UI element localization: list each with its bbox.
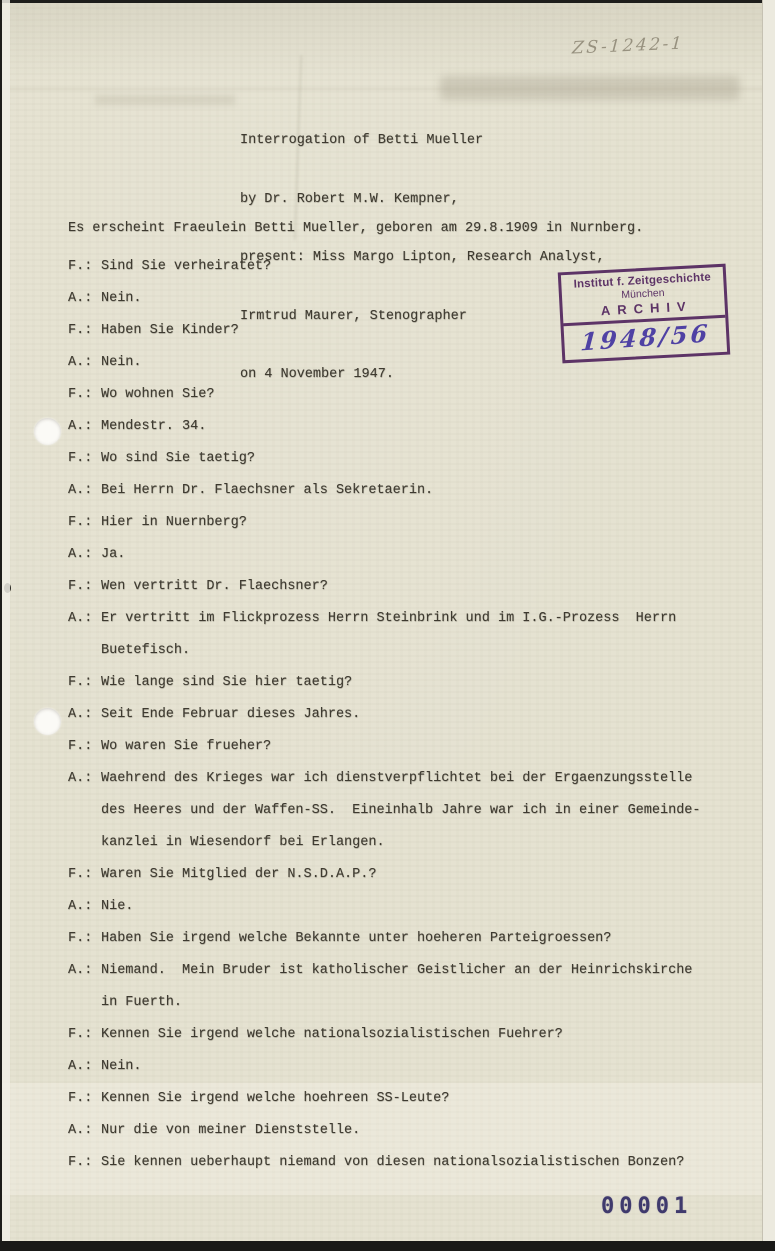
qa-text: Kennen Sie irgend welche nationalsoziali… [101,1019,728,1051]
qa-speaker: A.: [68,411,101,443]
qa-speaker: A.: [68,891,101,923]
header-line-title: Interrogation of Betti Mueller [240,131,605,151]
qa-speaker: F.: [68,667,101,699]
qa-speaker: F.: [68,443,101,475]
qa-speaker: F.: [68,731,101,763]
qa-row: F.:Wen vertritt Dr. Flaechsner? [68,571,728,603]
qa-text: Wo sind Sie taetig? [101,443,728,475]
qa-speaker: F.: [68,1083,101,1115]
qa-text: Mendestr. 34. [101,411,728,443]
qa-speaker: F.: [68,507,101,539]
qa-row: F.:Hier in Nuernberg? [68,507,728,539]
qa-text: Nur die von meiner Dienststelle. [101,1115,728,1147]
qa-speaker: F.: [68,251,101,283]
qa-row: F.:Waren Sie Mitglied der N.S.D.A.P.? [68,859,728,891]
qa-speaker: A.: [68,1115,101,1147]
qa-text: Wie lange sind Sie hier taetig? [101,667,728,699]
scan-edge-right-light [762,0,775,1251]
punch-hole-top [34,418,61,445]
qa-text: Haben Sie irgend welche Bekannte unter h… [101,923,728,955]
qa-text: Wen vertritt Dr. Flaechsner? [101,571,728,603]
qa-text: Nein. [101,1051,728,1083]
qa-text: Wo wohnen Sie? [101,379,728,411]
qa-row: A.:Seit Ende Februar dieses Jahres. [68,699,728,731]
qa-speaker: A.: [68,539,101,571]
qa-speaker: A.: [68,603,101,667]
scan-edge-bottom [0,1241,775,1251]
intro-line: Es erscheint Fraeulein Betti Mueller, ge… [68,213,728,245]
qa-text: Hier in Nuernberg? [101,507,728,539]
qa-row: F.:Haben Sie irgend welche Bekannte unte… [68,923,728,955]
qa-row: F.:Kennen Sie irgend welche nationalsozi… [68,1019,728,1051]
qa-speaker: F.: [68,571,101,603]
qa-speaker: A.: [68,1051,101,1083]
qa-text: Seit Ende Februar dieses Jahres. [101,699,728,731]
qa-text: Niemand. Mein Bruder ist katholischer Ge… [101,955,728,1019]
scanned-document-page: { "page": { "archive_reference_pencil": … [0,0,775,1251]
qa-text: Waren Sie Mitglied der N.S.D.A.P.? [101,859,728,891]
qa-speaker: F.: [68,1147,101,1179]
qa-row: F.:Wo waren Sie frueher? [68,731,728,763]
archive-stamp: Institut f. Zeitgeschichte München ARCHI… [558,264,731,364]
qa-row: A.:Mendestr. 34. [68,411,728,443]
scan-edge-left-light [2,0,10,1251]
qa-speaker: F.: [68,923,101,955]
qa-text: Waehrend des Krieges war ich dienstverpf… [101,763,728,859]
qa-row: A.:Nie. [68,891,728,923]
qa-speaker: A.: [68,699,101,731]
qa-speaker: A.: [68,955,101,1019]
qa-text: Kennen Sie irgend welche hoehreen SS-Leu… [101,1083,728,1115]
qa-row: F.:Kennen Sie irgend welche hoehreen SS-… [68,1083,728,1115]
qa-row: F.:Wo wohnen Sie? [68,379,728,411]
qa-row: A.:Er vertritt im Flickprozess Herrn Ste… [68,603,728,667]
qa-row: A.:Nein. [68,1051,728,1083]
qa-speaker: F.: [68,315,101,347]
qa-text: Ja. [101,539,728,571]
ink-smudge-small [95,95,235,105]
header-line-interrogator: by Dr. Robert M.W. Kempner, [240,190,605,210]
qa-row: F.:Sie kennen ueberhaupt niemand von die… [68,1147,728,1179]
qa-row: A.:Nur die von meiner Dienststelle. [68,1115,728,1147]
punch-hole-bottom [34,708,61,735]
qa-speaker: A.: [68,347,101,379]
scan-edge-top [0,0,775,3]
qa-speaker: F.: [68,859,101,891]
qa-row: A.:Ja. [68,539,728,571]
qa-row: A.:Bei Herrn Dr. Flaechsner als Sekretae… [68,475,728,507]
qa-speaker: A.: [68,763,101,859]
qa-speaker: F.: [68,1019,101,1051]
page-number-stamp: 00001 [601,1194,692,1219]
qa-speaker: A.: [68,283,101,315]
qa-list: F.:Sind Sie verheiratet?A.:Nein.F.:Haben… [68,251,728,1179]
qa-text: Sie kennen ueberhaupt niemand von diesen… [101,1147,728,1179]
qa-row: F.:Wo sind Sie taetig? [68,443,728,475]
qa-text: Wo waren Sie frueher? [101,731,728,763]
qa-row: F.:Wie lange sind Sie hier taetig? [68,667,728,699]
qa-text: Nie. [101,891,728,923]
qa-row: A.:Waehrend des Krieges war ich dienstve… [68,763,728,859]
qa-speaker: F.: [68,379,101,411]
qa-speaker: A.: [68,475,101,507]
qa-text: Er vertritt im Flickprozess Herrn Steinb… [101,603,728,667]
qa-row: A.:Niemand. Mein Bruder ist katholischer… [68,955,728,1019]
qa-text: Bei Herrn Dr. Flaechsner als Sekretaerin… [101,475,728,507]
